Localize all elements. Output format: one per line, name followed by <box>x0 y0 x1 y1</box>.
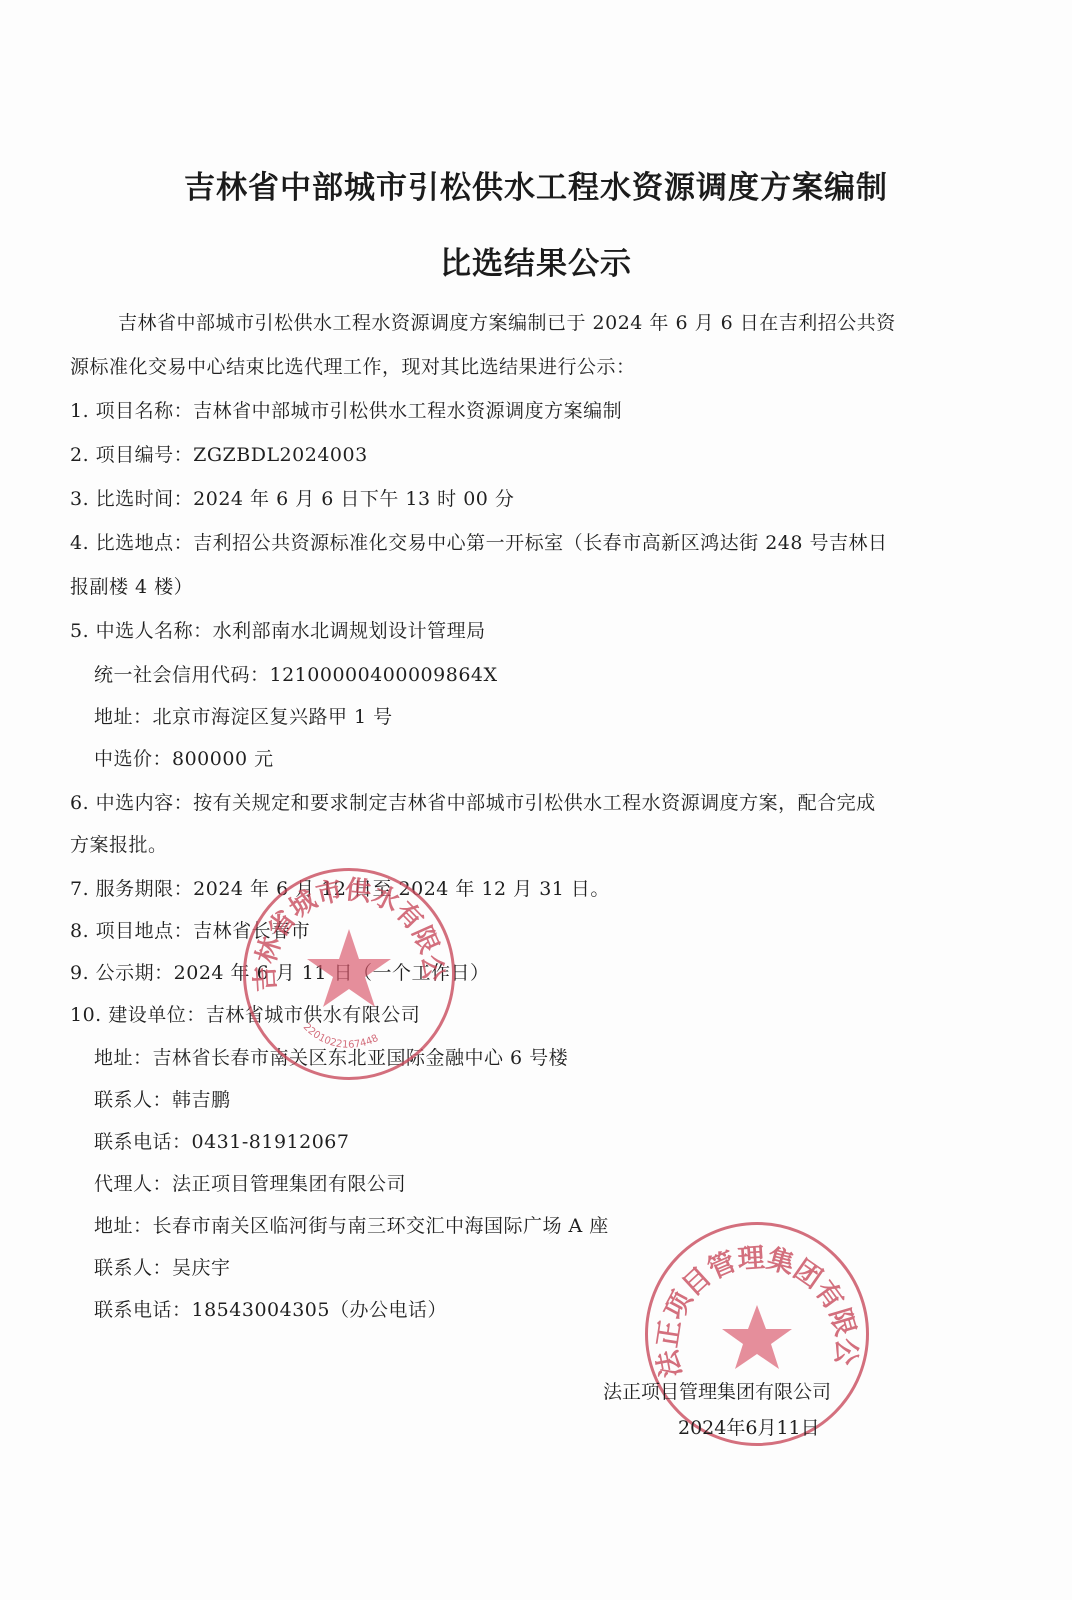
owner-seal-stamp: 吉林省城市供水有限公司 2201022167448 <box>243 868 455 1080</box>
signature-date: 2024年6月11日 <box>678 1413 820 1440</box>
item-selection-time: 3. 比选时间：2024 年 6 月 6 日下午 13 时 00 分 <box>70 484 514 511</box>
agent-phone: 联系电话：18543004305（办公电话） <box>94 1295 447 1322</box>
item-project-name: 1. 项目名称：吉林省中部城市引松供水工程水资源调度方案编制 <box>70 396 622 423</box>
agent-name: 代理人：法正项目管理集团有限公司 <box>94 1169 406 1196</box>
svg-text:法正项目管理集团有限公司: 法正项目管理集团有限公司 <box>648 1225 862 1380</box>
svg-text:2201022167448: 2201022167448 <box>301 1022 381 1051</box>
intro-paragraph-line2: 源标准化交易中心结束比选代理工作，现对其比选结果进行公示： <box>70 352 636 379</box>
document-page: 吉林省中部城市引松供水工程水资源调度方案编制 比选结果公示 吉林省中部城市引松供… <box>0 0 1072 1600</box>
signature-company: 法正项目管理集团有限公司 <box>603 1377 831 1404</box>
winner-credit-code: 统一社会信用代码：12100000400009864X <box>94 660 498 687</box>
item-selection-location-cont: 报副楼 4 楼） <box>70 572 193 599</box>
document-subtitle: 比选结果公示 <box>0 238 1072 283</box>
owner-phone: 联系电话：0431-81912067 <box>94 1127 349 1154</box>
agent-address: 地址：长春市南关区临河街与南三环交汇中海国际广场 A 座 <box>94 1211 609 1238</box>
star-icon: 法正项目管理集团有限公司 <box>648 1225 866 1443</box>
owner-contact: 联系人：韩吉鹏 <box>94 1085 231 1112</box>
star-icon: 吉林省城市供水有限公司 2201022167448 <box>246 871 452 1077</box>
intro-paragraph-line1: 吉林省中部城市引松供水工程水资源调度方案编制已于 2024 年 6 月 6 日在… <box>118 308 896 335</box>
agent-contact: 联系人：吴庆宇 <box>94 1253 231 1280</box>
winner-address: 地址：北京市海淀区复兴路甲 1 号 <box>94 702 393 729</box>
winner-price: 中选价：800000 元 <box>94 744 274 771</box>
item-winner-name: 5. 中选人名称：水利部南水北调规划设计管理局 <box>70 616 486 643</box>
item-project-number: 2. 项目编号：ZGZBDL2024003 <box>70 440 368 467</box>
document-title: 吉林省中部城市引松供水工程水资源调度方案编制 <box>0 162 1072 207</box>
item-selection-content-cont: 方案报批。 <box>70 830 168 857</box>
item-selection-content: 6. 中选内容：按有关规定和要求制定吉林省中部城市引松供水工程水资源调度方案，配… <box>70 788 876 815</box>
item-selection-location: 4. 比选地点：吉利招公共资源标准化交易中心第一开标室（长春市高新区鸿达街 24… <box>70 528 888 555</box>
